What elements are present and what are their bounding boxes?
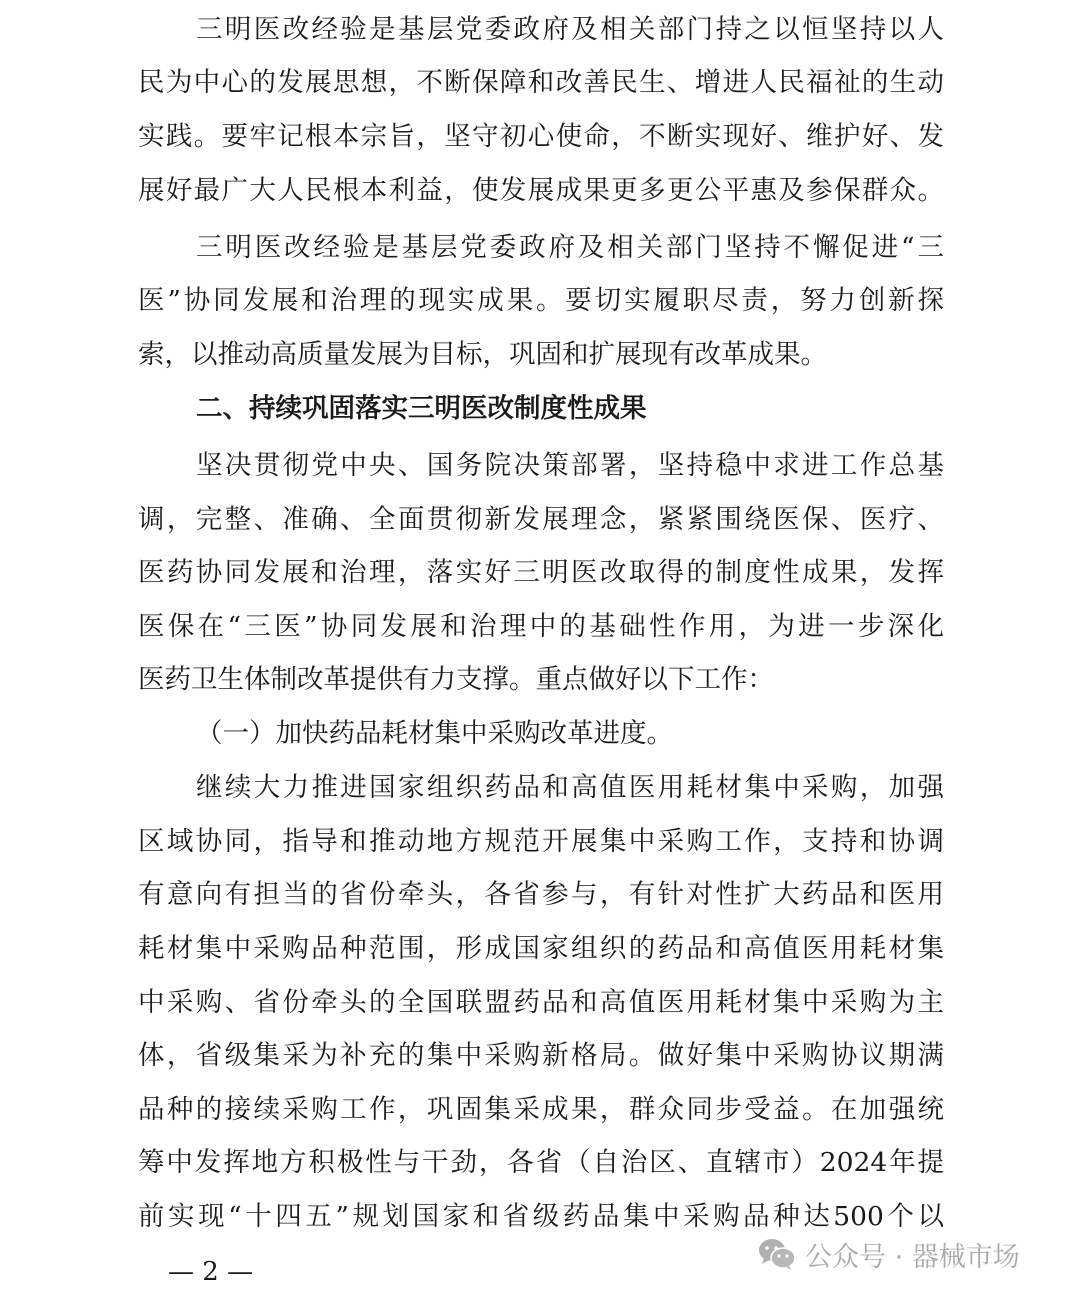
- wechat-icon: [757, 1237, 797, 1271]
- text-line: 品种的接续采购工作，巩固集采成果，群众同步受益。在加强统: [138, 1090, 944, 1130]
- wechat-watermark: 公众号 · 器械市场: [757, 1234, 1020, 1274]
- text-line: 医药协同发展和治理，落实好三明医改取得的制度性成果，发挥: [138, 553, 944, 593]
- text-line: 医保在“三医”协同发展和治理中的基础性作用，为进一步深化: [138, 607, 944, 647]
- text-line: 民为中心的发展思想，不断保障和改善民生、增进人民福祉的生动: [138, 63, 944, 103]
- text-line: （一）加快药品耗材集中采购改革进度。: [196, 714, 944, 754]
- text-line: 前实现“十四五”规划国家和省级药品集中采购品种达500个以: [138, 1197, 944, 1237]
- text-line: 继续大力推进国家组织药品和高值医用耗材集中采购，加强: [196, 768, 944, 808]
- text-line: 实践。要牢记根本宗旨，坚守初心使命，不断实现好、维护好、发: [138, 117, 944, 157]
- text-line: 三明医改经验是基层党委政府及相关部门持之以恒坚持以人: [196, 10, 944, 50]
- text-line: 索，以推动高质量发展为目标，巩固和扩展现有改革成果。: [138, 335, 944, 375]
- text-line: 中采购、省份牵头的全国联盟药品和高值医用耗材集中采购为主: [138, 983, 944, 1023]
- text-line: 有意向有担当的省份牵头，各省参与，有针对性扩大药品和医用: [138, 875, 944, 915]
- text-line: 医”协同发展和治理的现实成果。要切实履职尽责，努力创新探: [138, 281, 944, 321]
- text-line: 筹中发挥地方积极性与干劲，各省（自治区、直辖市）2024年提: [138, 1143, 944, 1183]
- page-number: — 2 —: [168, 1252, 253, 1292]
- section-heading: 二、持续巩固落实三明医改制度性成果: [196, 389, 944, 429]
- text-line: 三明医改经验是基层党委政府及相关部门坚持不懈促进“三: [196, 228, 944, 268]
- text-line: 区域协同，指导和推动地方规范开展集中采购工作，支持和协调: [138, 822, 944, 862]
- text-line: 调，完整、准确、全面贯彻新发展理念，紧紧围绕医保、医疗、: [138, 500, 944, 540]
- watermark-text: 公众号 · 器械市场: [805, 1235, 1020, 1274]
- document-page: 三明医改经验是基层党委政府及相关部门持之以恒坚持以人民为中心的发展思想，不断保障…: [0, 0, 1080, 1298]
- text-line: 坚决贯彻党中央、国务院决策部署，坚持稳中求进工作总基: [196, 446, 944, 486]
- text-line: 医药卫生体制改革提供有力支撑。重点做好以下工作：: [138, 660, 944, 700]
- text-line: 耗材集中采购品种范围，形成国家组织的药品和高值医用耗材集: [138, 929, 944, 969]
- text-line: 展好最广大人民根本利益，使发展成果更多更公平惠及参保群众。: [138, 171, 944, 211]
- text-line: 体，省级集采为补充的集中采购新格局。做好集中采购协议期满: [138, 1036, 944, 1076]
